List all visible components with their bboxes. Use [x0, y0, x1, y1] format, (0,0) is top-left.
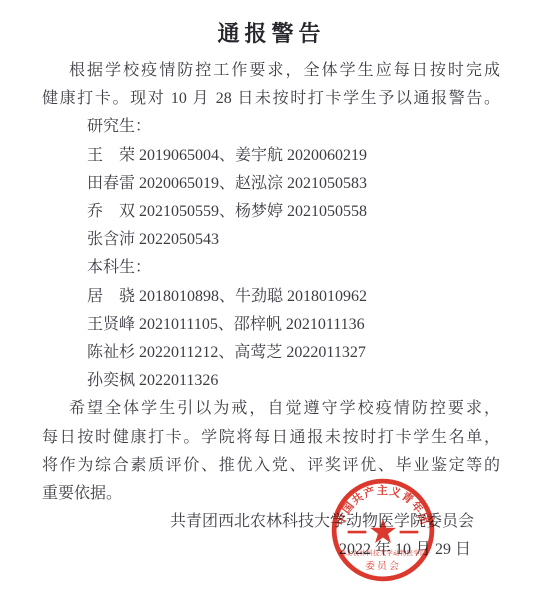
- closing-line-3: 将作为综合素质评价、推优入党、评奖评优、毕业鉴定等的: [42, 452, 500, 480]
- closing-line-4: 重要依据。: [42, 480, 500, 508]
- date-line: 2022 年 10 月 29 日: [42, 536, 500, 564]
- intro-line-2: 健康打卡。现对 10 月 28 日未按时打卡学生予以通报警告。: [42, 85, 500, 113]
- closing-line-1: 希望全体学生引以为戒，自觉遵守学校疫情防控要求，: [42, 395, 500, 423]
- undergraduate-row-1: 居 骁 2018010898、牛劲聪 2018010962: [87, 283, 500, 311]
- notice-title: 通报警告: [0, 17, 543, 48]
- closing-line-2: 每日按时健康打卡。学院将每日通报未按时打卡学生名单，: [42, 424, 500, 452]
- notice-body: 根据学校疫情防控工作要求，全体学生应每日按时完成 健康打卡。现对 10 月 28…: [0, 57, 543, 565]
- notice-page: 通报警告 根据学校疫情防控工作要求，全体学生应每日按时完成 健康打卡。现对 10…: [0, 0, 543, 609]
- graduate-row-1: 王 荣 2019065004、姜宇航 2020060219: [87, 142, 500, 170]
- undergraduate-row-4: 孙奕枫 2022011326: [87, 367, 500, 395]
- graduate-heading: 研究生：: [87, 113, 500, 141]
- graduate-row-4: 张含沛 2022050543: [87, 226, 500, 254]
- signature-line: 共青团西北农林科技大学动物医学院委员会: [42, 508, 500, 536]
- undergraduate-row-2: 王贤峰 2021011105、邵梓帆 2021011136: [87, 311, 500, 339]
- graduate-row-2: 田春雷 2020065019、赵泓淙 2021050583: [87, 170, 500, 198]
- graduate-row-3: 乔 双 2021050559、杨梦婷 2021050558: [87, 198, 500, 226]
- intro-line-1: 根据学校疫情防控工作要求，全体学生应每日按时完成: [42, 57, 500, 85]
- undergraduate-heading: 本科生：: [87, 254, 500, 282]
- undergraduate-row-3: 陈祉杉 2022011212、高莺芝 2022011327: [87, 339, 500, 367]
